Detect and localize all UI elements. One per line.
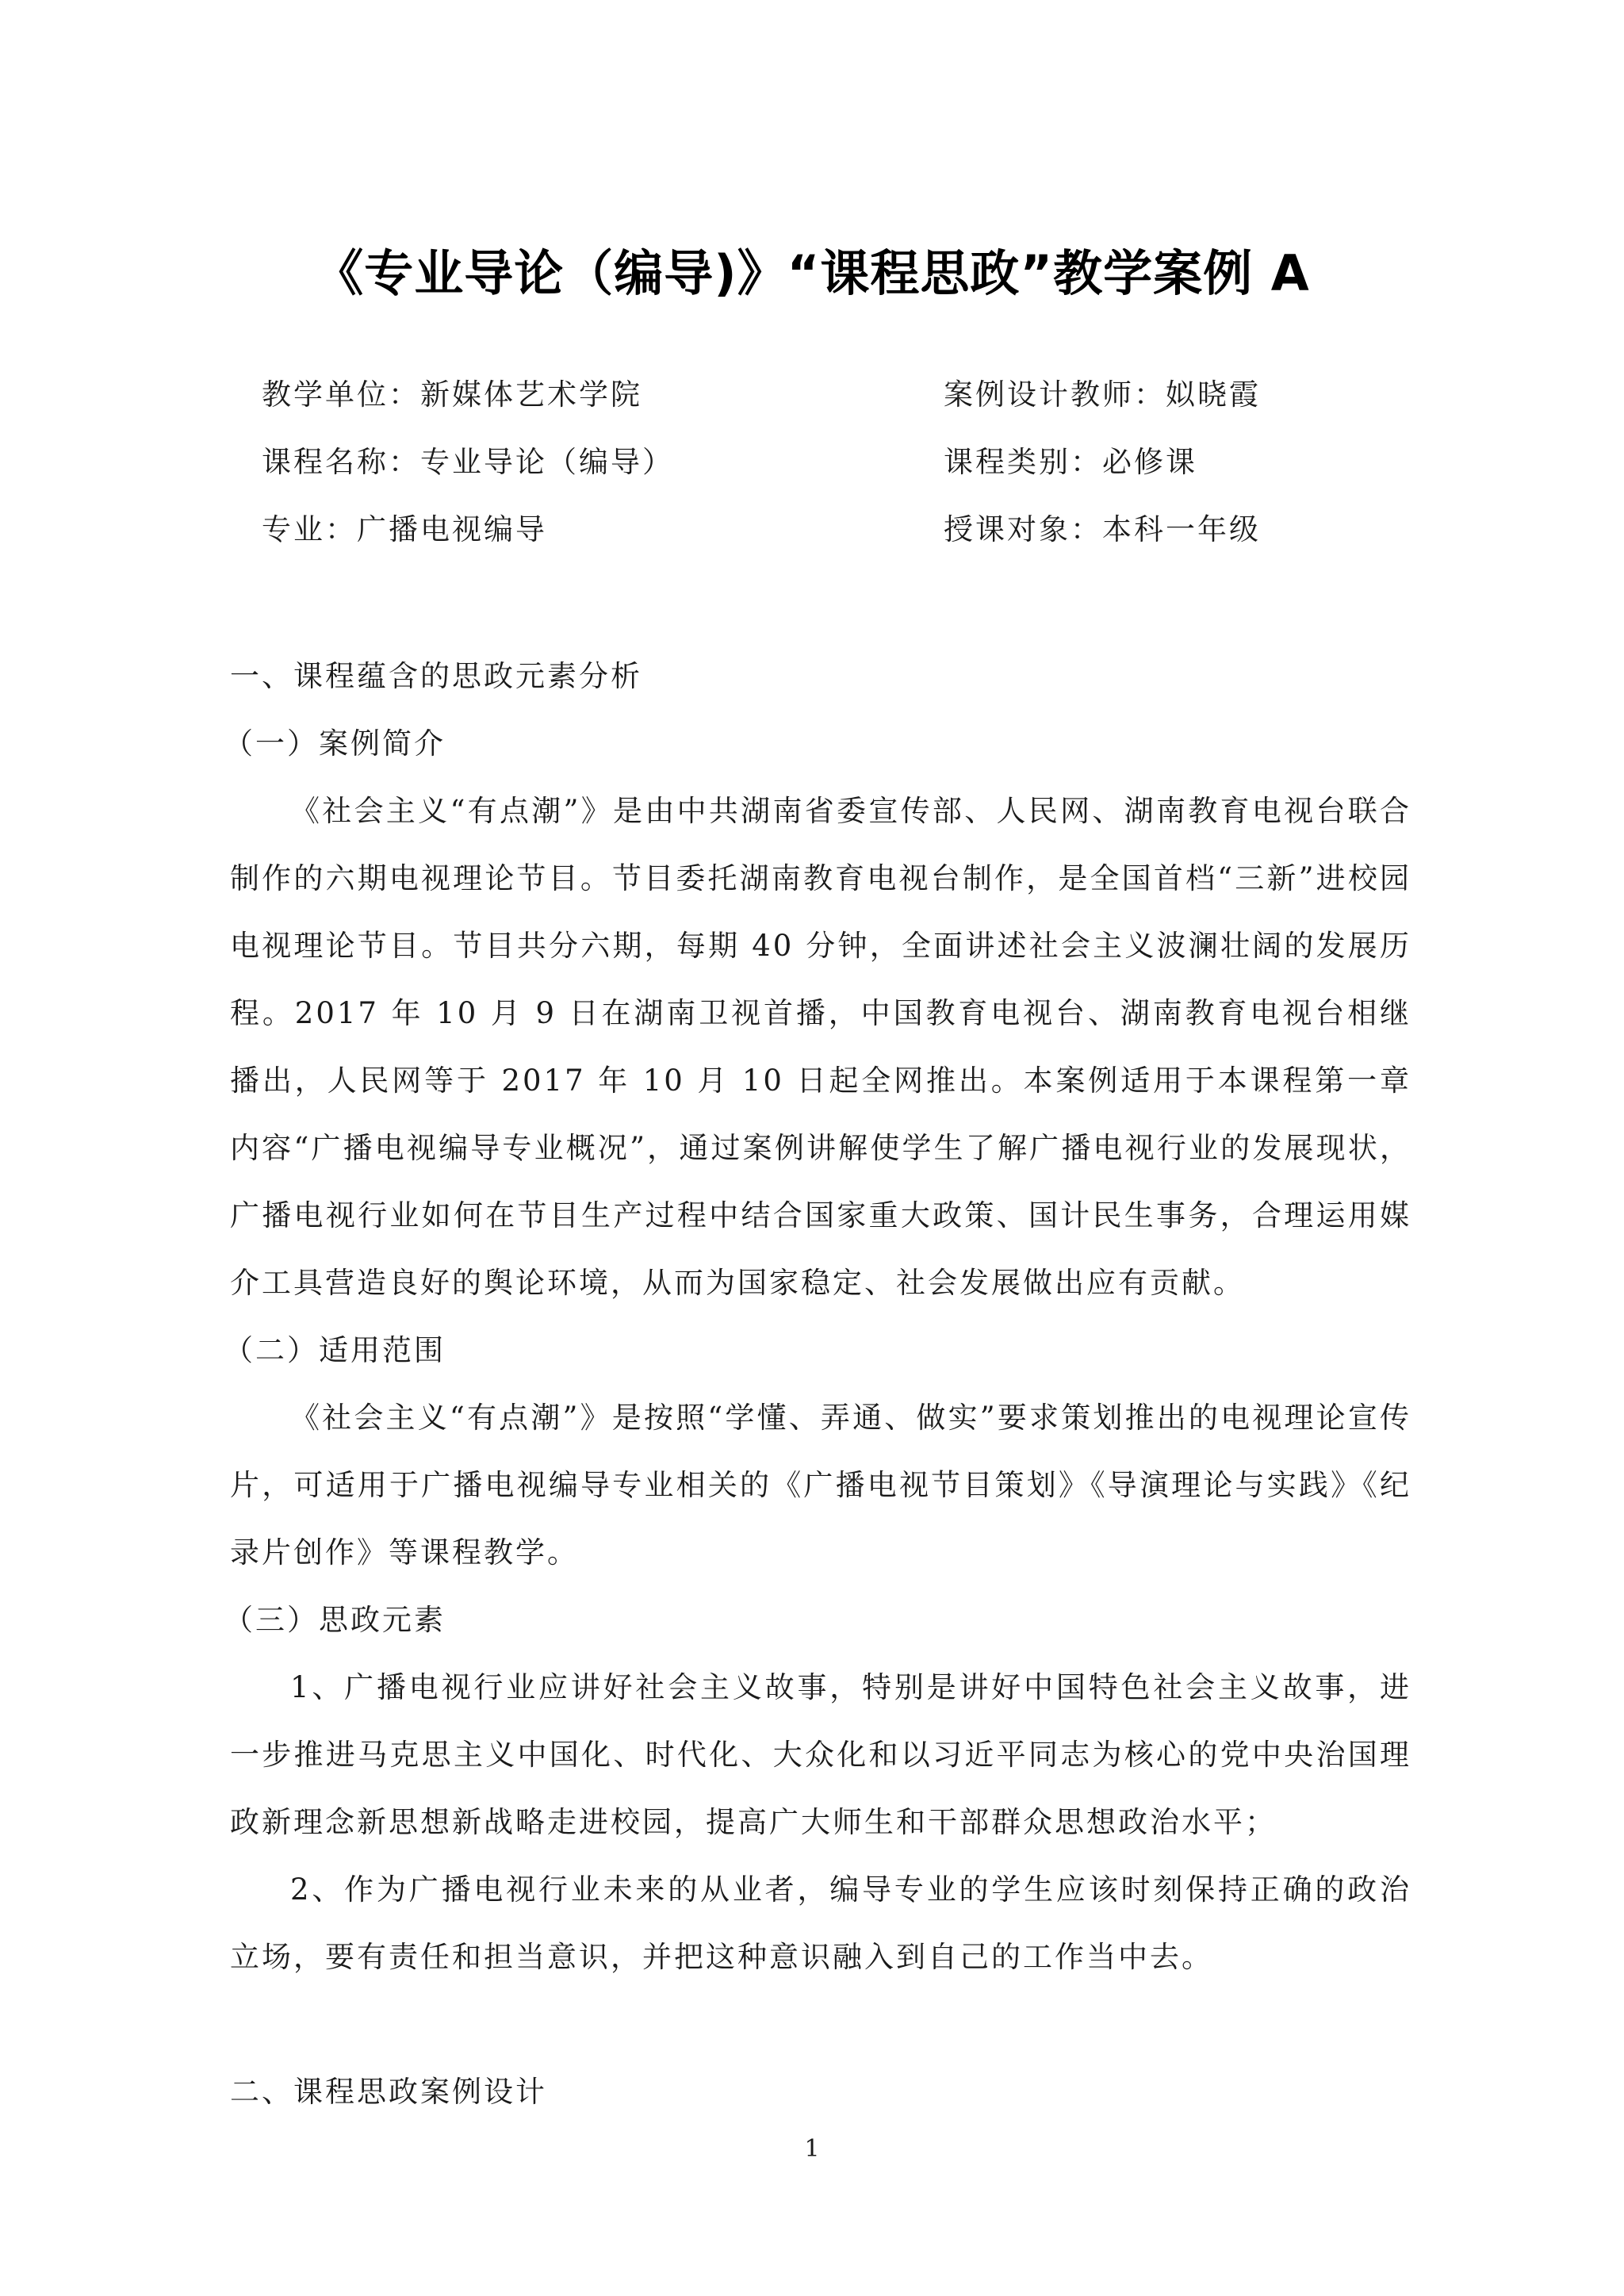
scope-paragraph: 《社会主义“有点潮”》是按照“学懂、弄通、做实”要求策划推出的电视理论宣传片，可… — [230, 1384, 1411, 1586]
major: 专业：广播电视编导 — [262, 506, 547, 554]
element-item-1: 1、广播电视行业应讲好社会主义故事，特别是讲好中国特色社会主义故事，进一步推进马… — [230, 1654, 1411, 1856]
subsection-heading-elements: （三）思政元素 — [224, 1586, 1411, 1654]
spacer — [230, 1991, 1411, 2058]
target-students: 授课对象：本科一年级 — [944, 506, 1261, 554]
case-designer: 案例设计教师：姒晓霞 — [944, 371, 1261, 419]
document-title: 《专业导论（编导)》“课程思政”教学案例 A — [0, 242, 1624, 305]
element-item-2: 2、作为广播电视行业未来的从业者，编导专业的学生应该时刻保持正确的政治立场，要有… — [230, 1856, 1411, 1991]
course-name: 课程名称：专业导论（编导） — [262, 439, 674, 486]
subsection-heading-case-intro: （一）案例简介 — [224, 710, 1411, 777]
course-meta: 教学单位：新媒体艺术学院 案例设计教师：姒晓霞 课程名称：专业导论（编导） 课程… — [262, 371, 1411, 573]
document-page: 《专业导论（编导)》“课程思政”教学案例 A 教学单位：新媒体艺术学院 案例设计… — [0, 0, 1624, 2296]
section-heading-1: 一、课程蕴含的思政元素分析 — [230, 642, 1411, 710]
document-body: 一、课程蕴含的思政元素分析 （一）案例简介 《社会主义“有点潮”》是由中共湖南省… — [230, 642, 1411, 2125]
course-category: 课程类别：必修课 — [944, 439, 1197, 486]
meta-row: 教学单位：新媒体艺术学院 案例设计教师：姒晓霞 — [262, 371, 1411, 439]
meta-row: 专业：广播电视编导 授课对象：本科一年级 — [262, 506, 1411, 573]
subsection-heading-scope: （二）适用范围 — [224, 1317, 1411, 1384]
page-number: 1 — [0, 2133, 1624, 2165]
teaching-unit: 教学单位：新媒体艺术学院 — [262, 371, 642, 419]
meta-row: 课程名称：专业导论（编导） 课程类别：必修课 — [262, 439, 1411, 506]
section-heading-2: 二、课程思政案例设计 — [230, 2058, 1411, 2125]
case-intro-paragraph: 《社会主义“有点潮”》是由中共湖南省委宣传部、人民网、湖南教育电视台联合制作的六… — [230, 777, 1411, 1317]
